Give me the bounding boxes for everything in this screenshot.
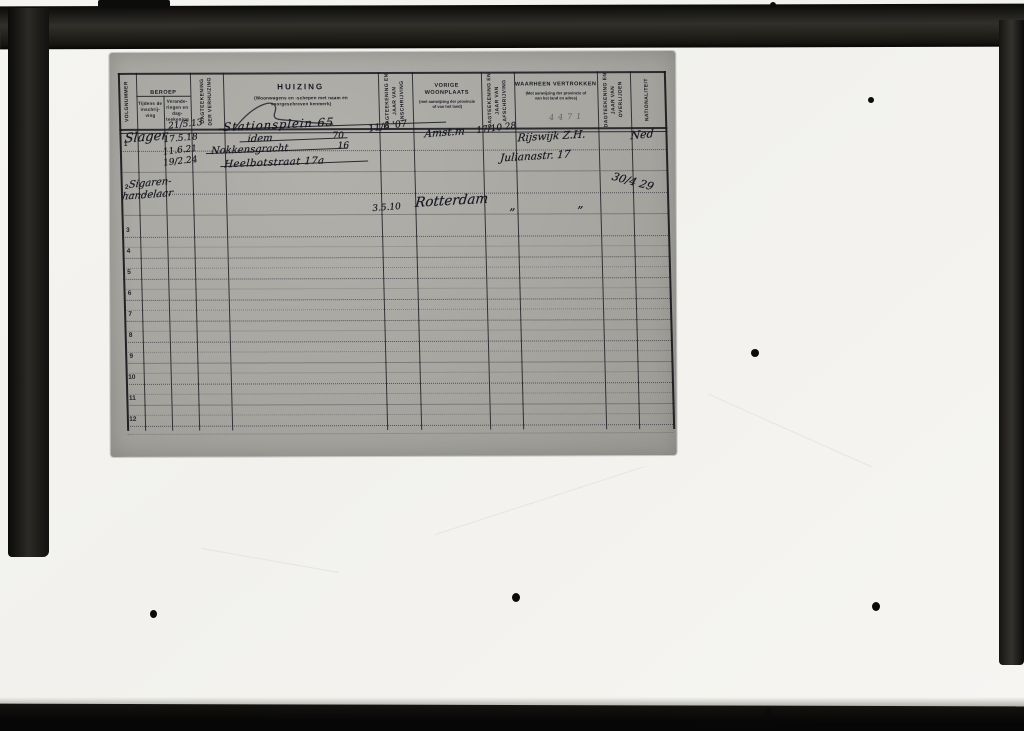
entry-ditto-afschrijving-row2: „ xyxy=(509,199,516,213)
ruled-line xyxy=(124,308,670,311)
entry-beroep-row1: Slager xyxy=(124,128,168,146)
dust-dot xyxy=(872,602,880,611)
header-beroep: BEROEP xyxy=(150,90,176,96)
film-scratch xyxy=(708,393,873,467)
ruled-line xyxy=(123,287,669,290)
dust-dot xyxy=(150,610,157,618)
entry-huizing-line2-number: 70 xyxy=(332,131,344,141)
row-number: 10 xyxy=(124,375,140,382)
ruled-line xyxy=(124,319,670,322)
entry-ditto-waarheen-row2: „ xyxy=(577,196,584,210)
film-frame-left xyxy=(8,8,49,557)
ruled-line xyxy=(127,403,673,406)
dust-dot xyxy=(751,349,759,357)
entry-waarheen-row1-line1: Rijswijk Z.H. xyxy=(517,129,586,145)
entry-vorige-woonplaats-row2: Rotterdam xyxy=(415,191,489,211)
header-vorige-woonplaats: VORIGE WOONPLAATS xyxy=(412,83,481,97)
row-number: 7 xyxy=(122,312,138,319)
ruled-line xyxy=(124,298,670,301)
pencil-number: 4471 xyxy=(549,112,586,122)
header-dagteekening-afschrijving: DAGTEEKENING EN JAAR VAN AFSCHRIJVING xyxy=(481,73,515,128)
entry-huizing-line3-number: 16 xyxy=(338,141,350,151)
ruled-line xyxy=(123,277,669,280)
row-number: 5 xyxy=(121,270,137,277)
header-volgnummer: VOLGNUMMER xyxy=(118,74,137,129)
ruled-line xyxy=(126,392,672,395)
ruled-line xyxy=(123,266,669,269)
ruled-line xyxy=(125,340,671,343)
entry-waarheen-row1-line2: Julianastr. 17 xyxy=(500,148,571,164)
header-beroep-tijdens: Tijdens de inschrij- ving xyxy=(138,101,163,119)
row-number: 8 xyxy=(123,333,139,340)
ruled-line xyxy=(120,149,666,152)
ruled-line xyxy=(122,245,668,248)
column-rule xyxy=(412,72,422,430)
ruled-line xyxy=(122,235,668,238)
entry-nationaliteit-row1: Ned xyxy=(630,127,654,142)
entry-inschrijving-row2: 3.5.10 xyxy=(372,202,401,214)
row-number: 12 xyxy=(125,417,141,424)
film-scratch xyxy=(435,466,645,535)
film-scratch xyxy=(201,548,339,573)
dust-dot xyxy=(512,593,520,602)
ruled-line xyxy=(120,170,666,173)
row-number: 3 xyxy=(120,228,136,235)
population-register-card: VOLGNUMMER BEROEP Tijdens de inschrij- v… xyxy=(109,51,676,457)
ruled-line xyxy=(126,382,672,385)
ruled-line xyxy=(125,329,671,332)
header-waarheen-vertrokken: WAARHEEN VERTROKKEN xyxy=(514,81,597,88)
ruled-line xyxy=(127,432,673,435)
header-vorige-sub: (met aanwijzing der provincie of van het… xyxy=(413,98,482,109)
row-number: 4 xyxy=(120,249,136,256)
header-nationaliteit: NATIONALITEIT xyxy=(630,72,665,127)
ruled-line xyxy=(122,213,668,216)
header-dagteekening-overlijden: DAGTEEKENING EN JAAR VAN OVERLIJDEN xyxy=(597,72,631,127)
microfilm-scan-page: VOLGNUMMER BEROEP Tijdens de inschrij- v… xyxy=(0,0,1024,731)
row-number: 11 xyxy=(124,396,140,403)
header-waarheen-sub: (Met aanwijzing der provincie of van het… xyxy=(514,90,597,101)
entry-vorige-woonplaats-row1: Amst.m xyxy=(424,125,465,140)
film-frame-top xyxy=(0,4,1024,50)
film-frame-bottom xyxy=(0,704,1024,731)
ruled-line xyxy=(123,256,669,259)
ruled-line xyxy=(127,424,673,427)
header-huizing: HUIZING xyxy=(223,83,378,92)
ruled-line xyxy=(125,361,671,364)
row-number: 6 xyxy=(122,291,138,298)
ruled-line xyxy=(125,350,671,353)
ruled-line xyxy=(127,413,673,416)
row-number: 9 xyxy=(123,354,139,361)
table-border-right xyxy=(664,71,675,429)
dust-dot xyxy=(868,97,874,103)
register-table: VOLGNUMMER BEROEP Tijdens de inschrij- v… xyxy=(109,51,686,457)
dust-dot xyxy=(770,2,776,8)
ruled-line xyxy=(126,371,672,374)
ruled-line xyxy=(121,192,667,195)
dust-dot xyxy=(765,708,772,715)
film-frame-right xyxy=(999,20,1024,665)
